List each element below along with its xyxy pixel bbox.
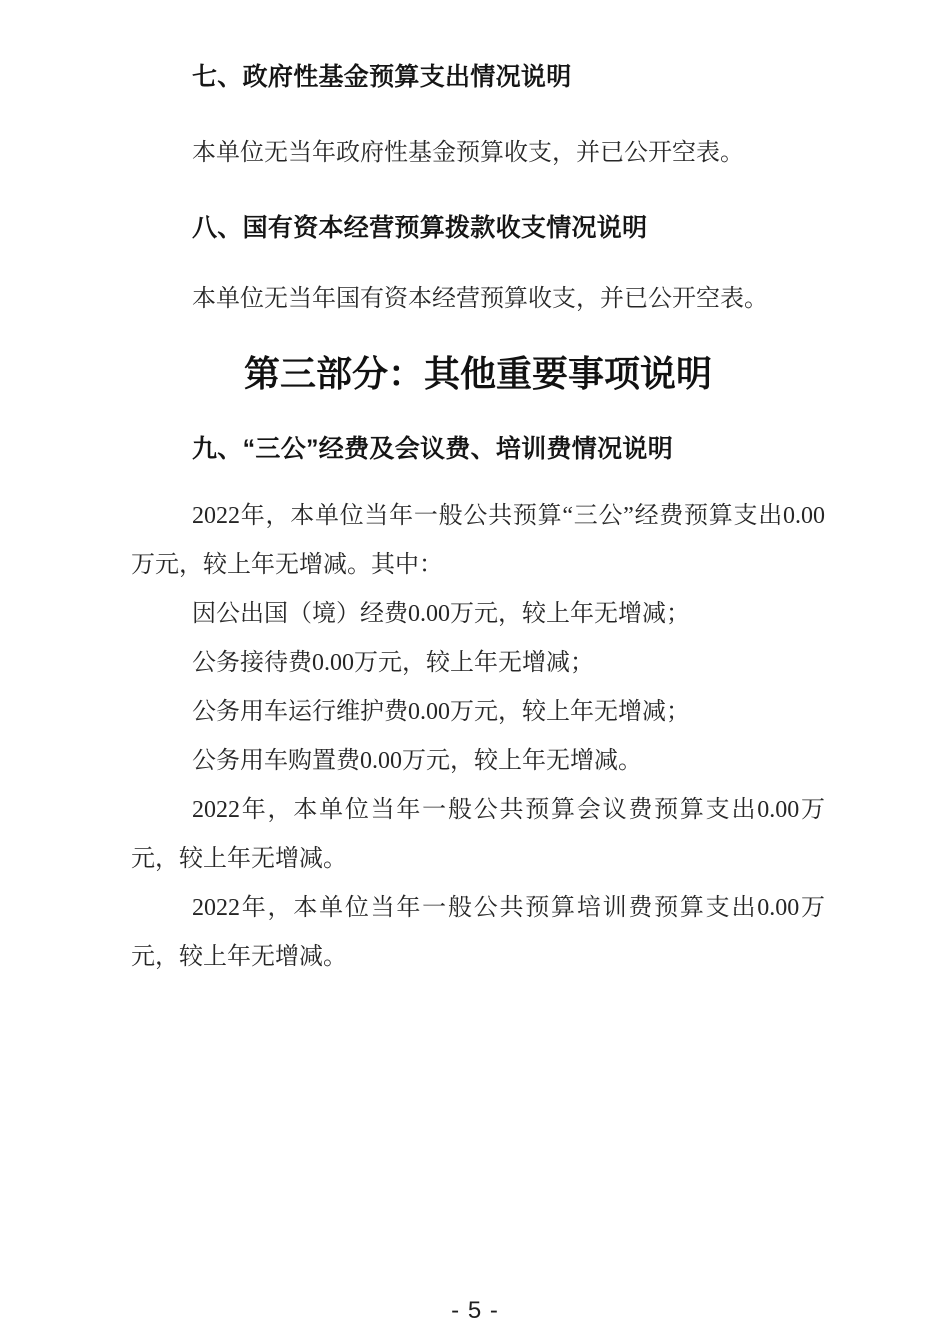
- part-three-title: 第三部分：其他重要事项说明: [131, 352, 825, 395]
- paragraph-vehicle-maintenance: 公务用车运行维护费0.00万元，较上年无增减；: [131, 688, 825, 737]
- paragraph-official-reception: 公务接待费0.00万元，较上年无增减；: [131, 639, 825, 688]
- section-8-heading: 八、国有资本经营预算拨款收支情况说明: [131, 213, 825, 244]
- section-7-body: 本单位无当年政府性基金预算收支，并已公开空表。: [131, 138, 825, 168]
- paragraph-three-public-total: 2022年，本单位当年一般公共预算“三公”经费预算支出0.00万元，较上年无增减…: [131, 492, 825, 590]
- paragraph-training-fee: 2022年，本单位当年一般公共预算培训费预算支出0.00万元，较上年无增减。: [131, 884, 825, 982]
- section-9-body: 2022年，本单位当年一般公共预算“三公”经费预算支出0.00万元，较上年无增减…: [131, 492, 825, 982]
- paragraph-vehicle-purchase: 公务用车购置费0.00万元，较上年无增减。: [131, 737, 825, 786]
- section-8-body: 本单位无当年国有资本经营预算收支，并已公开空表。: [131, 284, 825, 314]
- document-page: 七、政府性基金预算支出情况说明 本单位无当年政府性基金预算收支，并已公开空表。 …: [0, 0, 950, 1343]
- paragraph-meeting-fee: 2022年，本单位当年一般公共预算会议费预算支出0.00万元，较上年无增减。: [131, 786, 825, 884]
- section-9-heading: 九、“三公”经费及会议费、培训费情况说明: [131, 434, 825, 465]
- page-number: - 5 -: [0, 1297, 950, 1325]
- section-7-heading: 七、政府性基金预算支出情况说明: [131, 62, 825, 93]
- paragraph-overseas-travel: 因公出国（境）经费0.00万元，较上年无增减；: [131, 590, 825, 639]
